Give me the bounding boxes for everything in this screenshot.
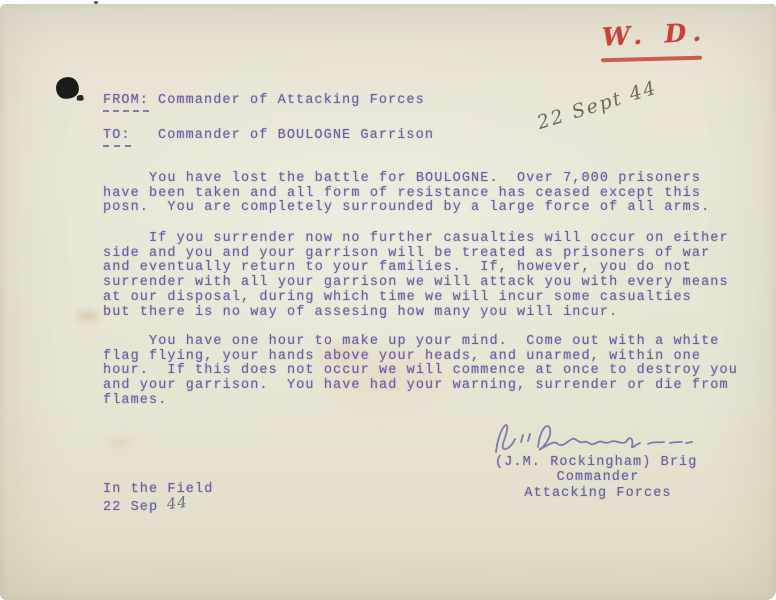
from-label: FROM: [103,94,149,112]
footer-block: In the Field 22 Sep 44 [103,483,213,515]
paragraph-1: You have lost the battle for BOULOGNE. O… [103,172,710,216]
footer-date: 22 Sep 44 [103,498,213,516]
signature-unit: Attacking Forces [495,486,701,501]
to-label: TO: [103,129,131,147]
paragraph-2: If you surrender now no further casualti… [103,232,729,320]
footer-place: In the Field [103,483,213,498]
scan-speck [94,1,98,4]
signature-scrawl [490,414,695,460]
classification-mark: W. D. [601,17,708,52]
signature-name: (J.M. Rockingham) Brig [495,455,701,470]
signature-title: Commander [495,470,701,485]
scanned-letter-page: W. D. 22 Sept 44 FROM: Commander of Atta… [0,0,776,600]
footer-date-handwritten: 44 [166,494,189,511]
from-value: Commander of Attacking Forces [158,94,425,109]
paragraph-3: You have one hour to make up your mind. … [103,335,738,409]
signature-block: (J.M. Rockingham) Brig Commander Attacki… [495,455,701,501]
footer-date-typed: 22 Sep [103,500,167,515]
to-value: Commander of BOULOGNE Garrison [158,129,434,144]
